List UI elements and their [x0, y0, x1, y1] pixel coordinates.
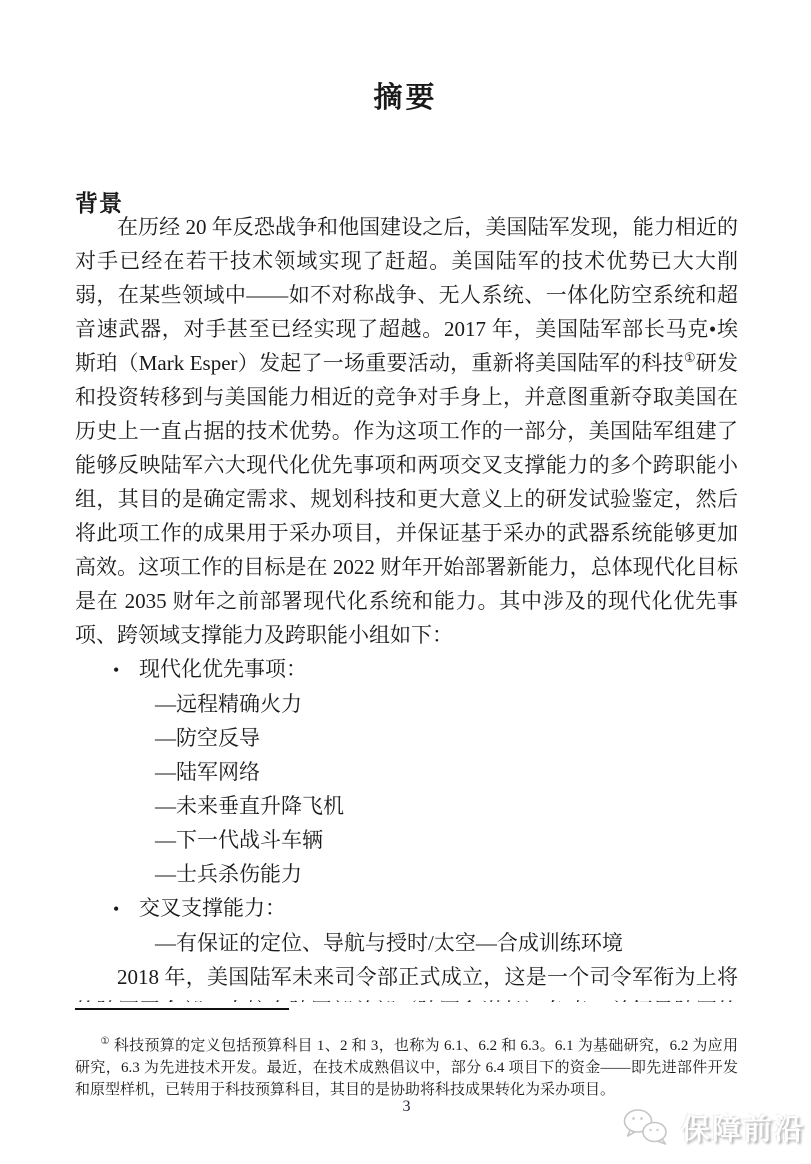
- list-subitem-apnt-ste: —有保证的定位、导航与授时/太空—合成训练环境: [75, 926, 738, 960]
- list-subitem-army-network: —陆军网络: [75, 755, 738, 789]
- list-item-cross-cutting-capabilities: •交叉支撑能力：: [75, 891, 738, 926]
- document-page: { "document": { "title": "摘要", "section_…: [0, 0, 811, 1164]
- body-text-block: 在历经 20 年反恐战争和他国建设之后，美国陆军发现，能力相近的对手已经在若干技…: [75, 210, 738, 1002]
- list-item-modernization-priorities: •现代化优先事项：: [75, 652, 738, 687]
- paragraph-background-1: 在历经 20 年反恐战争和他国建设之后，美国陆军发现，能力相近的对手已经在若干技…: [75, 210, 738, 652]
- footnote-body: 科技预算的定义包括预算科目 1、2 和 3，也称为 6.1、6.2 和 6.3。…: [75, 1038, 738, 1098]
- paragraph-1-part-a: 在历经 20 年反恐战争和他国建设之后，美国陆军发现，能力相近的对手已经在若干技…: [75, 215, 738, 375]
- watermark-label: 保障前沿: [681, 1107, 805, 1148]
- footnote-text: ① 科技预算的定义包括预算科目 1、2 和 3，也称为 6.1、6.2 和 6.…: [75, 1035, 738, 1101]
- list-item-label: 交叉支撑能力：: [139, 896, 286, 920]
- footnote-separator-rule: [75, 1008, 289, 1010]
- paragraph-1-part-b: 研发和投资转移到与美国能力相近的竞争对手身上，并意图重新夺取美国在历史上一直占据…: [75, 351, 738, 647]
- list-subitem-future-vertical-lift: —未来垂直升降飞机: [75, 789, 738, 823]
- wechat-logo-icon: [621, 1106, 671, 1148]
- bullet-dot-icon: •: [113, 892, 139, 926]
- list-item-label: 现代化优先事项：: [139, 657, 307, 681]
- page-title: 摘要: [0, 75, 811, 116]
- list-subitem-long-range-fires: —远程精确火力: [75, 687, 738, 721]
- list-subitem-soldier-lethality: —士兵杀伤能力: [75, 857, 738, 891]
- publisher-watermark: 保障前沿: [621, 1106, 805, 1148]
- footnote-reference-mark: ①: [684, 350, 696, 365]
- list-subitem-next-gen-combat-vehicle: —下一代战斗车辆: [75, 823, 738, 857]
- paragraph-background-2: 2018 年，美国陆军未来司令部正式成立，这是一个司令军衔为上将的陆军司令部，直…: [75, 960, 738, 1002]
- bullet-dot-icon: •: [113, 653, 139, 687]
- footnote-marker: ①: [101, 1036, 110, 1047]
- list-subitem-air-missile-defense: —防空反导: [75, 721, 738, 755]
